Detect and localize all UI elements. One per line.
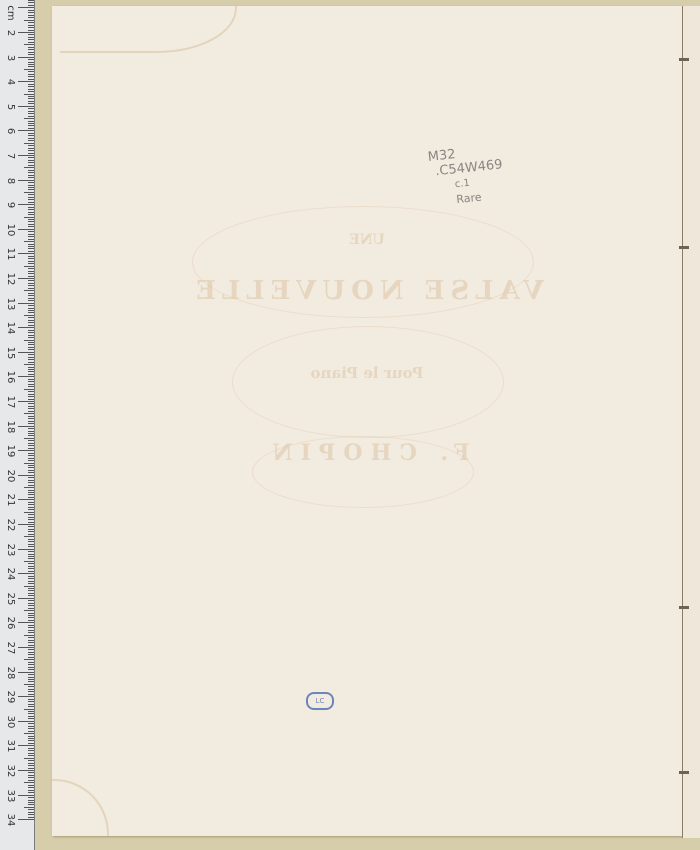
ruler-tick — [28, 750, 34, 751]
ruler-tick — [28, 15, 34, 16]
ruler-tick — [28, 418, 34, 419]
ruler-tick — [28, 374, 34, 375]
ruler-tick — [28, 74, 34, 75]
ruler-tick — [28, 809, 34, 810]
ruler-number: 14 — [5, 320, 15, 336]
ruler-tick — [24, 463, 34, 464]
ruler-tick — [28, 797, 34, 798]
ruler-number: 19 — [5, 443, 15, 459]
ruler-tick — [28, 209, 34, 210]
ruler-tick — [28, 258, 34, 259]
ruler-tick — [28, 283, 34, 284]
library-stamp: LC — [306, 692, 334, 710]
ruler-tick — [28, 637, 34, 638]
ruler-tick — [28, 630, 34, 631]
ruler-tick — [28, 775, 34, 776]
binding-stitch — [679, 246, 689, 249]
ruler-tick — [18, 278, 34, 279]
water-stain-bottom — [52, 779, 109, 836]
ruler-tick — [28, 800, 34, 801]
ruler-tick — [28, 121, 34, 122]
ruler-number: 20 — [5, 468, 15, 484]
ruler-tick — [24, 413, 34, 414]
ruler-tick — [28, 654, 34, 655]
ruler-tick — [28, 743, 34, 744]
ruler-tick — [28, 777, 34, 778]
ruler-tick — [28, 615, 34, 616]
ruler-tick — [28, 337, 34, 338]
ruler-tick — [28, 273, 34, 274]
ruler-tick — [28, 165, 34, 166]
ruler-number: 22 — [5, 517, 15, 533]
ruler-tick — [28, 10, 34, 11]
ruler-tick — [28, 605, 34, 606]
ruler-number: 28 — [5, 665, 15, 681]
ruler-tick — [28, 558, 34, 559]
ruler-tick — [28, 362, 34, 363]
ruler-tick — [18, 303, 34, 304]
ruler-tick — [24, 684, 34, 685]
ruler-tick — [18, 32, 34, 33]
ruler-tick — [28, 497, 34, 498]
ruler-tick — [28, 617, 34, 618]
ruler-tick — [28, 86, 34, 87]
ruler-tick — [24, 315, 34, 316]
ruler-tick — [28, 812, 34, 813]
ruler-tick — [28, 768, 34, 769]
ruler-tick — [28, 787, 34, 788]
ruler-tick — [28, 740, 34, 741]
ruler-tick — [28, 239, 34, 240]
ruler-tick — [28, 539, 34, 540]
ruler-tick — [28, 494, 34, 495]
ruler-tick — [24, 438, 34, 439]
ruler-tick — [28, 79, 34, 80]
ruler-tick — [18, 376, 34, 377]
ruler-tick — [28, 148, 34, 149]
ruler-tick — [28, 556, 34, 557]
ruler-tick — [28, 802, 34, 803]
ruler-tick — [18, 229, 34, 230]
ruler-tick — [28, 748, 34, 749]
ruler-tick — [24, 758, 34, 759]
ruler-tick — [28, 625, 34, 626]
ruler-tick — [28, 406, 34, 407]
ruler-tick — [28, 576, 34, 577]
ruler-tick — [24, 659, 34, 660]
ruler-tick — [28, 453, 34, 454]
ruler-tick — [28, 54, 34, 55]
ruler-tick — [28, 664, 34, 665]
ruler-tick — [28, 578, 34, 579]
ruler-tick — [28, 674, 34, 675]
ruler-tick — [28, 588, 34, 589]
ruler-unit-label: cm — [5, 5, 15, 21]
ruler-tick — [28, 718, 34, 719]
ruler-tick — [28, 288, 34, 289]
ruler-tick — [18, 672, 34, 673]
ruler-tick — [28, 96, 34, 97]
ruler-tick — [18, 253, 34, 254]
ruler-number: 18 — [5, 419, 15, 435]
ruler-tick — [28, 541, 34, 542]
ruler-tick — [18, 401, 34, 402]
ruler-tick — [28, 342, 34, 343]
ruler-tick — [28, 12, 34, 13]
ruler-tick — [28, 763, 34, 764]
ruler-tick — [28, 219, 34, 220]
ruler-tick — [28, 492, 34, 493]
ruler-tick — [24, 487, 34, 488]
ruler-tick — [28, 308, 34, 309]
ruler-tick — [28, 519, 34, 520]
ruler-tick — [28, 544, 34, 545]
ruler-tick — [28, 677, 34, 678]
ruler-tick — [28, 214, 34, 215]
ruler-tick — [24, 290, 34, 291]
ruler-tick — [28, 416, 34, 417]
ruler-number: 27 — [5, 640, 15, 656]
ruler-tick — [28, 640, 34, 641]
ruler-tick — [18, 327, 34, 328]
ruler-tick — [24, 709, 34, 710]
ruler-number: 8 — [5, 173, 15, 189]
ruler-tick — [28, 458, 34, 459]
ruler-tick — [28, 84, 34, 85]
ruler-tick — [24, 192, 34, 193]
ruler-tick — [24, 340, 34, 341]
ruler-tick — [28, 566, 34, 567]
ruler-tick — [28, 246, 34, 247]
ruler-tick — [28, 271, 34, 272]
ruler-tick — [28, 391, 34, 392]
ruler-tick — [28, 568, 34, 569]
ruler-tick — [28, 71, 34, 72]
ruler-tick — [18, 57, 34, 58]
ruler-tick — [28, 534, 34, 535]
ruler-tick — [28, 554, 34, 555]
bleed-through-author: F. CHOPIN — [52, 440, 682, 466]
ruler-tick — [24, 266, 34, 267]
ruler-tick — [28, 170, 34, 171]
ruler-tick — [28, 753, 34, 754]
ruler-tick — [28, 185, 34, 186]
ruler-tick — [28, 111, 34, 112]
ruler-number: 9 — [5, 197, 15, 213]
ruler-tick — [28, 755, 34, 756]
ruler-tick — [28, 433, 34, 434]
ruler-tick — [28, 423, 34, 424]
ruler-number: 7 — [5, 148, 15, 164]
ruler-tick — [28, 280, 34, 281]
ruler-tick — [18, 647, 34, 648]
ruler-tick — [18, 450, 34, 451]
ruler-tick — [28, 108, 34, 109]
ruler-tick — [28, 52, 34, 53]
bleed-through-line1: UNE — [52, 232, 682, 248]
ruler-tick — [28, 175, 34, 176]
ruler-tick — [28, 443, 34, 444]
ruler-tick — [28, 212, 34, 213]
ruler-tick — [28, 276, 34, 277]
ruler-tick — [28, 37, 34, 38]
ruler-tick — [28, 583, 34, 584]
adjacent-page-edge — [682, 6, 700, 838]
ruler-tick — [28, 384, 34, 385]
ruler-tick — [24, 561, 34, 562]
ruler-tick — [28, 187, 34, 188]
ruler-tick — [28, 627, 34, 628]
ruler-tick — [28, 699, 34, 700]
ruler-number: 2 — [5, 25, 15, 41]
ruler-tick — [28, 123, 34, 124]
ruler-tick — [28, 17, 34, 18]
ruler-number: 6 — [5, 123, 15, 139]
ruler-tick — [28, 581, 34, 582]
ruler-tick — [28, 411, 34, 412]
ruler-tick — [28, 207, 34, 208]
ruler-tick — [28, 98, 34, 99]
ruler-tick — [28, 502, 34, 503]
ruler-tick — [28, 590, 34, 591]
ruler-tick — [28, 49, 34, 50]
ruler-tick — [28, 103, 34, 104]
ruler-tick — [28, 62, 34, 63]
ruler-tick — [28, 231, 34, 232]
ruler-tick — [24, 20, 34, 21]
ruler-tick — [28, 645, 34, 646]
ruler-tick — [28, 128, 34, 129]
ruler-tick — [28, 642, 34, 643]
ruler-number: 26 — [5, 615, 15, 631]
ruler-tick — [28, 226, 34, 227]
ruler-tick — [28, 662, 34, 663]
ruler-tick — [28, 39, 34, 40]
ruler-tick — [18, 598, 34, 599]
ruler-tick — [28, 435, 34, 436]
ruler-tick — [28, 723, 34, 724]
ruler-tick — [28, 244, 34, 245]
ruler-tick — [28, 344, 34, 345]
ruler-tick — [28, 335, 34, 336]
ruler-tick — [28, 30, 34, 31]
ruler-tick — [28, 504, 34, 505]
ruler-tick — [28, 248, 34, 249]
ruler-tick — [28, 125, 34, 126]
ruler-tick — [24, 389, 34, 390]
ruler-tick — [28, 189, 34, 190]
ruler-tick — [28, 317, 34, 318]
ruler-number: 31 — [5, 738, 15, 754]
ruler-tick — [28, 667, 34, 668]
ruler-tick — [28, 224, 34, 225]
ruler-tick — [18, 7, 34, 8]
ruler-tick — [28, 790, 34, 791]
ruler-number: 24 — [5, 566, 15, 582]
ruler-tick — [18, 524, 34, 525]
binding-stitch — [679, 606, 689, 609]
ruler-tick — [28, 480, 34, 481]
ruler-tick — [24, 143, 34, 144]
ruler-tick — [28, 89, 34, 90]
ruler-tick — [28, 64, 34, 65]
ruler-tick — [28, 113, 34, 114]
ruler-tick — [28, 320, 34, 321]
ruler-tick — [28, 199, 34, 200]
ruler-tick — [28, 522, 34, 523]
ruler-tick — [28, 293, 34, 294]
bleed-through-subtitle: Pour le Piano — [52, 364, 682, 382]
ruler-tick — [28, 593, 34, 594]
ruler-tick — [28, 386, 34, 387]
ruler-tick — [28, 25, 34, 26]
ruler-tick — [28, 726, 34, 727]
ruler-tick — [28, 27, 34, 28]
ruler-tick — [28, 396, 34, 397]
ruler-tick — [28, 738, 34, 739]
water-stain-top — [60, 6, 237, 53]
ruler-tick — [28, 330, 34, 331]
ruler-tick — [28, 679, 34, 680]
ruler-tick — [28, 428, 34, 429]
ruler-tick — [28, 202, 34, 203]
pencil-call-number: M32 .C54W469 c.1 Rare — [427, 142, 506, 209]
ruler-tick — [28, 285, 34, 286]
ruler-tick — [28, 349, 34, 350]
ruler-tick — [28, 0, 34, 1]
ruler-tick — [28, 470, 34, 471]
ruler-tick — [28, 563, 34, 564]
ruler-tick — [28, 160, 34, 161]
ruler-tick — [28, 354, 34, 355]
ruler-tick — [28, 526, 34, 527]
ruler-tick — [28, 600, 34, 601]
ruler-tick — [28, 603, 34, 604]
ruler-tick — [28, 772, 34, 773]
ruler-number: 16 — [5, 369, 15, 385]
ruler-number: 13 — [5, 296, 15, 312]
ruler-tick — [18, 155, 34, 156]
ruler-tick — [28, 669, 34, 670]
ruler-tick — [28, 153, 34, 154]
ruler-tick — [28, 817, 34, 818]
ruler-tick — [28, 234, 34, 235]
ruler-tick — [28, 760, 34, 761]
ruler-tick — [24, 733, 34, 734]
ruler-tick — [24, 610, 34, 611]
ruler-tick — [28, 531, 34, 532]
ruler-tick — [28, 736, 34, 737]
ruler-tick — [28, 359, 34, 360]
ruler-number: 34 — [5, 812, 15, 828]
ruler-tick — [28, 403, 34, 404]
ruler-tick — [28, 42, 34, 43]
ruler-tick — [24, 241, 34, 242]
ruler-tick — [28, 162, 34, 163]
ruler-tick — [28, 431, 34, 432]
ruler-number: 33 — [5, 788, 15, 804]
ruler-tick — [28, 116, 34, 117]
ruler-tick — [24, 94, 34, 95]
ruler-tick — [28, 448, 34, 449]
ruler-tick — [18, 622, 34, 623]
ruler-tick — [28, 613, 34, 614]
ruler-tick — [18, 795, 34, 796]
ruler-tick — [28, 140, 34, 141]
document-page: UNE VALSE NOUVELLE Pour le Piano F. CHOP… — [52, 6, 682, 836]
ruler-tick — [28, 490, 34, 491]
ruler-tick — [28, 369, 34, 370]
ruler-number: 25 — [5, 591, 15, 607]
ruler-tick — [28, 2, 34, 3]
ruler-tick — [28, 101, 34, 102]
ruler-tick — [28, 694, 34, 695]
ruler-tick — [28, 379, 34, 380]
ruler-tick — [28, 138, 34, 139]
ruler-number: 11 — [5, 246, 15, 262]
ruler-tick — [28, 445, 34, 446]
ruler-tick — [28, 731, 34, 732]
ruler-tick — [28, 298, 34, 299]
ruler-tick — [18, 696, 34, 697]
measurement-ruler: cm23456789101112131415161718192021222324… — [0, 0, 35, 850]
ruler-tick — [18, 81, 34, 82]
ruler-tick — [18, 721, 34, 722]
ruler-tick — [28, 305, 34, 306]
ruler-tick — [18, 204, 34, 205]
ruler-tick — [28, 381, 34, 382]
decorative-flourish — [232, 326, 504, 438]
ruler-tick — [28, 455, 34, 456]
ruler-tick — [28, 711, 34, 712]
ruler-tick — [28, 620, 34, 621]
ruler-tick — [28, 135, 34, 136]
ruler-tick — [24, 536, 34, 537]
ruler-tick — [28, 467, 34, 468]
ruler-number: 29 — [5, 689, 15, 705]
ruler-number: 4 — [5, 74, 15, 90]
ruler-tick — [28, 177, 34, 178]
ruler-tick — [18, 106, 34, 107]
ruler-tick — [28, 472, 34, 473]
ruler-tick — [28, 300, 34, 301]
ruler-number: 5 — [5, 99, 15, 115]
ruler-tick — [24, 635, 34, 636]
ruler-tick — [24, 807, 34, 808]
ruler-tick — [28, 649, 34, 650]
ruler-tick — [28, 595, 34, 596]
ruler-tick — [18, 352, 34, 353]
ruler-tick — [18, 499, 34, 500]
ruler-tick — [28, 465, 34, 466]
ruler-tick — [28, 686, 34, 687]
binding-stitch — [679, 58, 689, 61]
ruler-tick — [24, 44, 34, 45]
ruler-tick — [28, 691, 34, 692]
ruler-tick — [28, 529, 34, 530]
bleed-through-title: VALSE NOUVELLE — [52, 276, 682, 306]
ruler-tick — [28, 657, 34, 658]
ruler-number: 10 — [5, 222, 15, 238]
ruler-tick — [28, 357, 34, 358]
ruler-tick — [28, 295, 34, 296]
ruler-tick — [28, 150, 34, 151]
ruler-tick — [18, 426, 34, 427]
ruler-tick — [28, 5, 34, 6]
ruler-tick — [28, 765, 34, 766]
ruler-tick — [28, 268, 34, 269]
ruler-tick — [28, 394, 34, 395]
